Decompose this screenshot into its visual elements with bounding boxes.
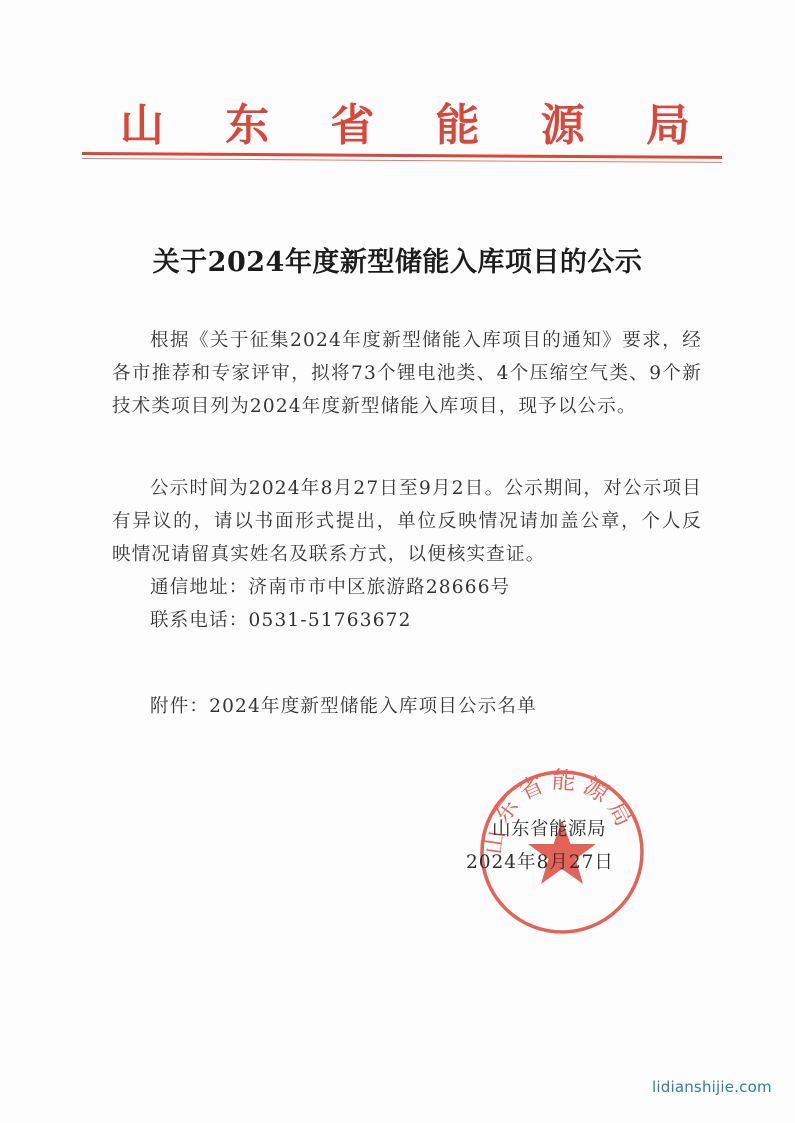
document-title: 关于2024年度新型储能入库项目的公示 [0, 240, 795, 279]
signature-organization: 山东省能源局 [466, 813, 666, 846]
phone-value: 0531-51763672 [249, 610, 412, 631]
attachment-note: 附件：2024年度新型储能入库项目公示名单 [112, 690, 702, 723]
masthead-char: 源 [541, 98, 585, 154]
paragraph-text: 根据《关于征集2024年度新型储能入库项目的通知》要求，经各市推荐和专家评审，拟… [112, 324, 702, 423]
masthead-char: 省 [330, 98, 374, 154]
masthead-char: 东 [225, 98, 269, 154]
masthead-divider-thin [82, 158, 722, 163]
attachment-value: 2024年度新型储能入库项目公示名单 [209, 696, 537, 717]
contact-address: 通信地址：济南市市中区旅游路28666号 [112, 571, 702, 604]
site-watermark: lidianshijie.com [652, 1078, 772, 1096]
paragraph-publicity-period: 公示时间为2024年8月27日至9月2日。公示期间，对公示项目有异议的，请以书面… [112, 472, 702, 571]
paragraph-text: 公示时间为2024年8月27日至9月2日。公示期间，对公示项目有异议的，请以书面… [112, 472, 702, 571]
signature-date: 2024年8月27日 [466, 846, 666, 879]
contact-phone: 联系电话：0531-51763672 [112, 604, 702, 637]
attachment-label: 附件： [150, 696, 209, 717]
signature-block: 山东省能源局 2024年8月27日 [466, 813, 666, 879]
address-label: 通信地址： [150, 577, 249, 598]
masthead-char: 山 [120, 98, 164, 154]
address-value: 济南市市中区旅游路28666号 [249, 577, 511, 598]
masthead-char: 能 [436, 98, 480, 154]
phone-label: 联系电话： [150, 610, 249, 631]
document-page: 山 东 省 能 源 局 关于2024年度新型储能入库项目的公示 根据《关于征集2… [0, 0, 795, 1123]
paragraph-basis: 根据《关于征集2024年度新型储能入库项目的通知》要求，经各市推荐和专家评审，拟… [112, 324, 702, 423]
masthead-char: 局 [646, 98, 690, 154]
masthead-red-header: 山 东 省 能 源 局 [120, 98, 690, 154]
